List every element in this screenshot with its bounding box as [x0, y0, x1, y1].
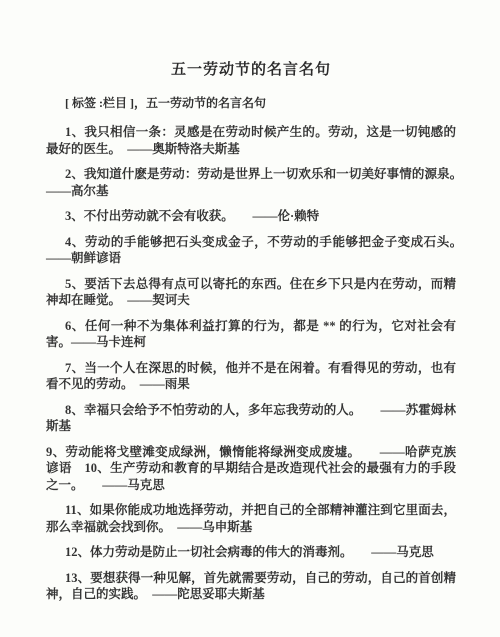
quote-paragraph: 5、要活下去总得有点可以寄托的东西。住在乡下只是内在劳动，而精神却在睡觉。 ——…	[46, 276, 456, 309]
quote-paragraph: 4、劳动的手能够把石头变成金子，不劳动的手能够把金子变成石头。 ——朝鲜谚语	[46, 234, 456, 267]
quote-paragraph: 8、幸福只会给予不怕劳动的人，多年忘我劳动的人。 ——苏霍姆林斯基	[46, 402, 456, 435]
quote-paragraph: 1、我只相信一条：灵感是在劳动时候产生的。劳动，这是一切钝感的最好的医生。 ——…	[46, 124, 456, 157]
quote-list: 1、我只相信一条：灵感是在劳动时候产生的。劳动，这是一切钝感的最好的医生。 ——…	[46, 124, 456, 603]
quote-paragraph: 9、劳动能将戈壁滩变成绿洲，懒惰能将绿洲变成废墟。 ——哈萨克族谚语 10、生产…	[46, 444, 456, 494]
quote-paragraph: 13、要想获得一种见解，首先就需要劳动，自己的劳动，自己的首创精神，自己的实践。…	[46, 570, 456, 603]
quote-paragraph: 3、不付出劳动就不会有收获。 ——伦·赖特	[46, 208, 456, 225]
quote-paragraph: 7、当一个人在深思的时候，他并不是在闲着。有看得见的劳动，也有看不见的劳动。 —…	[46, 360, 456, 393]
tagline: [ 标签 :栏目 ]，五一劳动节的名言名句	[46, 95, 456, 111]
quote-paragraph: 6、任何一种不为集体利益打算的行为，都是 ** 的行为，它对社会有害。——马卡连…	[46, 318, 456, 351]
quote-paragraph: 12、体力劳动是防止一切社会病毒的伟大的消毒剂。 ——马克思	[46, 544, 456, 561]
document-page: 五一劳动节的名言名句 [ 标签 :栏目 ]，五一劳动节的名言名句 1、我只相信一…	[0, 0, 500, 637]
page-title: 五一劳动节的名言名句	[46, 60, 456, 80]
quote-paragraph: 2、我知道什麽是劳动：劳动是世界上一切欢乐和一切美好事情的源泉。 ——高尔基	[46, 166, 456, 199]
quote-paragraph: 11、如果你能成功地选择劳动，并把自己的全部精神灌注到它里面去，那么幸福就会找到…	[46, 502, 456, 535]
